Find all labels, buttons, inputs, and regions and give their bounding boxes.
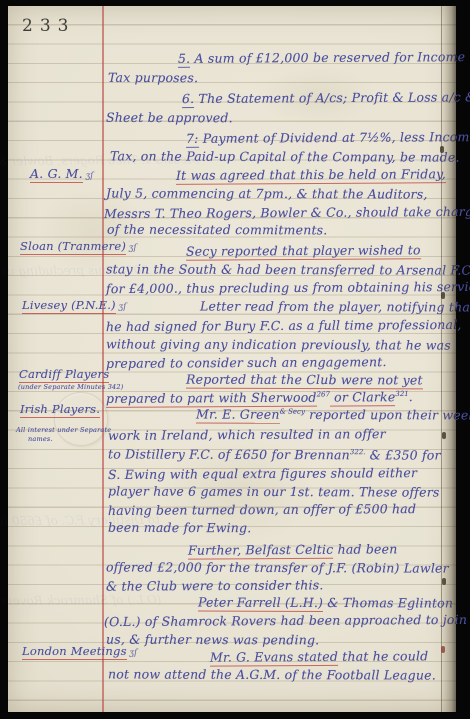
handwritten-line: prepared to part with Sherwood267 or Cla… (106, 389, 413, 406)
handwritten-line: for £4,000., thus precluding us from obt… (106, 279, 470, 296)
handwritten-line: Reported that the Club were not yet (186, 372, 423, 388)
text-segment: 7: (186, 131, 199, 148)
handwritten-line: been made for Ewing. (108, 520, 252, 536)
handwritten-line: player have 6 games in our 1st. team. Th… (108, 483, 440, 499)
text-segment: It was agreed that this be held on Frida… (176, 166, 446, 185)
margin-note-label: (under Separate Minutes 342) (18, 383, 123, 391)
text-segment: Further, Belfast Celtic (188, 542, 333, 560)
text-segment: Tax, on the Paid-up Capital of the Compa… (110, 148, 460, 164)
margin-note-label: All interest under Separate (16, 426, 111, 434)
margin-note: Livesey (P.N.E.) ʒſ (22, 298, 126, 312)
handwritten-line: stay in the South & had been transferred… (106, 261, 470, 277)
text-segment: or Clarke (330, 389, 396, 406)
handwritten-line: Messrs T. Theo Rogers, Bowler & Co., sho… (104, 204, 470, 221)
stitch-mark (442, 578, 446, 585)
handwritten-line: Secy reported that player wished to (186, 242, 421, 258)
minute-book-page: 233 Messrs T. Theo Rogers, Bowler & Co.,… (8, 6, 456, 712)
superscript-note: 267 (317, 390, 330, 398)
text-segment: The Statement of A/cs; Profit & Loss a/c… (194, 89, 470, 106)
page-edge-crease (441, 6, 442, 712)
margin-note: All interest under Separate (16, 426, 111, 434)
handwritten-line: S. Ewing with equal extra figures should… (108, 465, 417, 482)
text-segment: prepared to part with Sherwood (106, 390, 317, 408)
margin-note: Sloan (Tranmere) ʒſ (20, 239, 137, 253)
handwritten-line: Letter read from the player, notifying t… (200, 299, 470, 315)
handwritten-line: prepared to consider such an engagement. (106, 354, 387, 371)
text-segment: he had signed for Bury F.C. as a full ti… (106, 317, 462, 334)
handwritten-line: not now attend the A.G.M. of the Footbal… (108, 666, 436, 682)
text-segment: to Distillery F.C. of £650 for Brennan (108, 446, 350, 462)
margin-note-label: A. G. M. (30, 166, 83, 183)
text-segment: S. Ewing with equal extra figures should… (108, 465, 417, 482)
handwritten-line: without giving any indication previously… (106, 336, 451, 352)
superscript-note: & Secy (280, 408, 305, 416)
superscript-note: 322. (350, 448, 366, 456)
margin-note: Cardiff Players (19, 367, 109, 381)
text-segment: & the Club were to consider this. (106, 577, 324, 593)
text-segment: Sheet be approved. (106, 110, 233, 125)
text-segment: Reported that the Club were not yet (186, 372, 423, 390)
margin-note-label: names. (28, 435, 53, 443)
scanned-document: 233 Messrs T. Theo Rogers, Bowler & Co.,… (0, 0, 470, 719)
emboss-ring (54, 392, 108, 446)
text-segment: work in Ireland, which resulted in an of… (108, 426, 386, 443)
handwritten-line: July 5, commencing at 7pm., & that the A… (106, 185, 428, 201)
text-segment: & £350 for (365, 447, 440, 462)
handwritten-line: 5. A sum of £12,000 be reserved for Inco… (178, 49, 465, 66)
handwritten-line: to Distillery F.C. of £650 for Brennan32… (108, 446, 441, 462)
margin-note: Irish Players. (20, 402, 100, 416)
handwritten-line: of the necessitated commitments. (107, 222, 328, 238)
text-segment: prepared to consider such an engagement. (106, 354, 387, 371)
text-segment: July 5, commencing at 7pm., & that the A… (106, 185, 428, 201)
text-segment: that he could (338, 648, 428, 664)
text-segment: had been (333, 541, 397, 556)
handwritten-line: Sheet be approved. (106, 110, 233, 125)
handwritten-line: & the Club were to consider this. (106, 577, 324, 593)
text-segment: 6. (182, 91, 194, 108)
text-segment: stay in the South & had been transferred… (106, 261, 470, 277)
text-segment: having been turned down, an offer of £50… (108, 501, 416, 518)
handwritten-line: work in Ireland, which resulted in an of… (108, 426, 386, 443)
text-segment: Mr. G. Evans stated (210, 649, 338, 667)
handwritten-line: 7: Payment of Dividend at 7½%, less Inco… (186, 129, 470, 146)
handwritten-line: 6. The Statement of A/cs; Profit & Loss … (182, 89, 470, 106)
margin-note: names. (28, 435, 53, 443)
text-segment: (O.L.) of Shamrock Rovers had been appro… (104, 612, 467, 629)
bleed-through-text: (O.L.) of Shamrock Rovers had been appro… (0, 593, 161, 610)
binding-edge (440, 6, 456, 712)
text-segment: 5. (178, 51, 190, 68)
margin-note: (under Separate Minutes 342) (18, 383, 123, 391)
text-segment: player have 6 games in our 1st. team. Th… (108, 483, 440, 499)
margin-note-label: Cardiff Players (19, 367, 109, 383)
initial-paraph-mark: ʒſ (83, 171, 94, 180)
text-segment: Payment of Dividend at 7½%, less Income (199, 129, 470, 146)
initial-paraph-mark: ʒſ (116, 302, 127, 311)
handwritten-line: It was agreed that this be held on Frida… (176, 166, 446, 183)
text-segment: us, & further news was pending. (106, 632, 319, 648)
text-segment: for £4,000., thus precluding us from obt… (106, 279, 470, 296)
text-segment: been made for Ewing. (108, 520, 252, 536)
text-segment: Letter read from the player, notifying t… (200, 299, 470, 315)
text-segment: A sum of £12,000 be reserved for Income (190, 49, 465, 66)
text-segment: & Thomas Eglinton (323, 595, 453, 610)
text-segment: not now attend the A.G.M. of the Footbal… (108, 666, 436, 682)
initial-paraph-mark: ʒſ (126, 243, 137, 252)
stitch-mark (440, 146, 444, 153)
text-segment: Secy reported that player wished to (186, 242, 421, 260)
handwritten-line: us, & further news was pending. (106, 632, 319, 648)
text-segment: of the necessitated commitments. (107, 222, 328, 238)
text-segment: Messrs T. Theo Rogers, Bowler & Co., sho… (104, 204, 470, 221)
superscript-note: 321 (395, 390, 408, 398)
handwritten-line: offered £2,000 for the transfer of J.F. … (106, 559, 449, 575)
margin-note-label: Sloan (Tranmere) (20, 239, 126, 255)
text-segment: Peter Farrell (L.H.) (198, 595, 323, 612)
margin-note-label: Livesey (P.N.E.) (22, 298, 116, 314)
handwritten-line: (O.L.) of Shamrock Rovers had been appro… (104, 612, 467, 629)
handwritten-line: Further, Belfast Celtic had been (188, 541, 398, 557)
text-segment: Tax purposes. (108, 70, 198, 85)
page-number: 233 (22, 16, 75, 36)
text-segment: . (409, 389, 413, 404)
initial-paraph-mark: ʒſ (127, 648, 138, 657)
handwritten-line: having been turned down, an offer of £50… (108, 501, 416, 518)
handwritten-line: he had signed for Bury F.C. as a full ti… (106, 317, 462, 334)
text-segment: offered £2,000 for the transfer of J.F. … (106, 559, 449, 575)
handwritten-line: Mr. E. Green& Secy reported upon their w… (196, 406, 470, 422)
stitch-mark (441, 292, 445, 299)
text-segment: without giving any indication previously… (106, 336, 451, 352)
text-segment: Mr. E. Green (196, 406, 280, 423)
margin-note: A. G. M. ʒſ (30, 166, 93, 181)
handwritten-line: Mr. G. Evans stated that he could (210, 648, 428, 664)
stitch-mark (442, 432, 446, 439)
margin-note-label: Irish Players. (20, 402, 100, 418)
stitch-mark-red (441, 646, 445, 653)
handwritten-line: Peter Farrell (L.H.) & Thomas Eglinton (198, 595, 453, 611)
handwritten-line: Tax, on the Paid-up Capital of the Compa… (110, 148, 460, 164)
handwritten-line: Tax purposes. (108, 70, 198, 85)
